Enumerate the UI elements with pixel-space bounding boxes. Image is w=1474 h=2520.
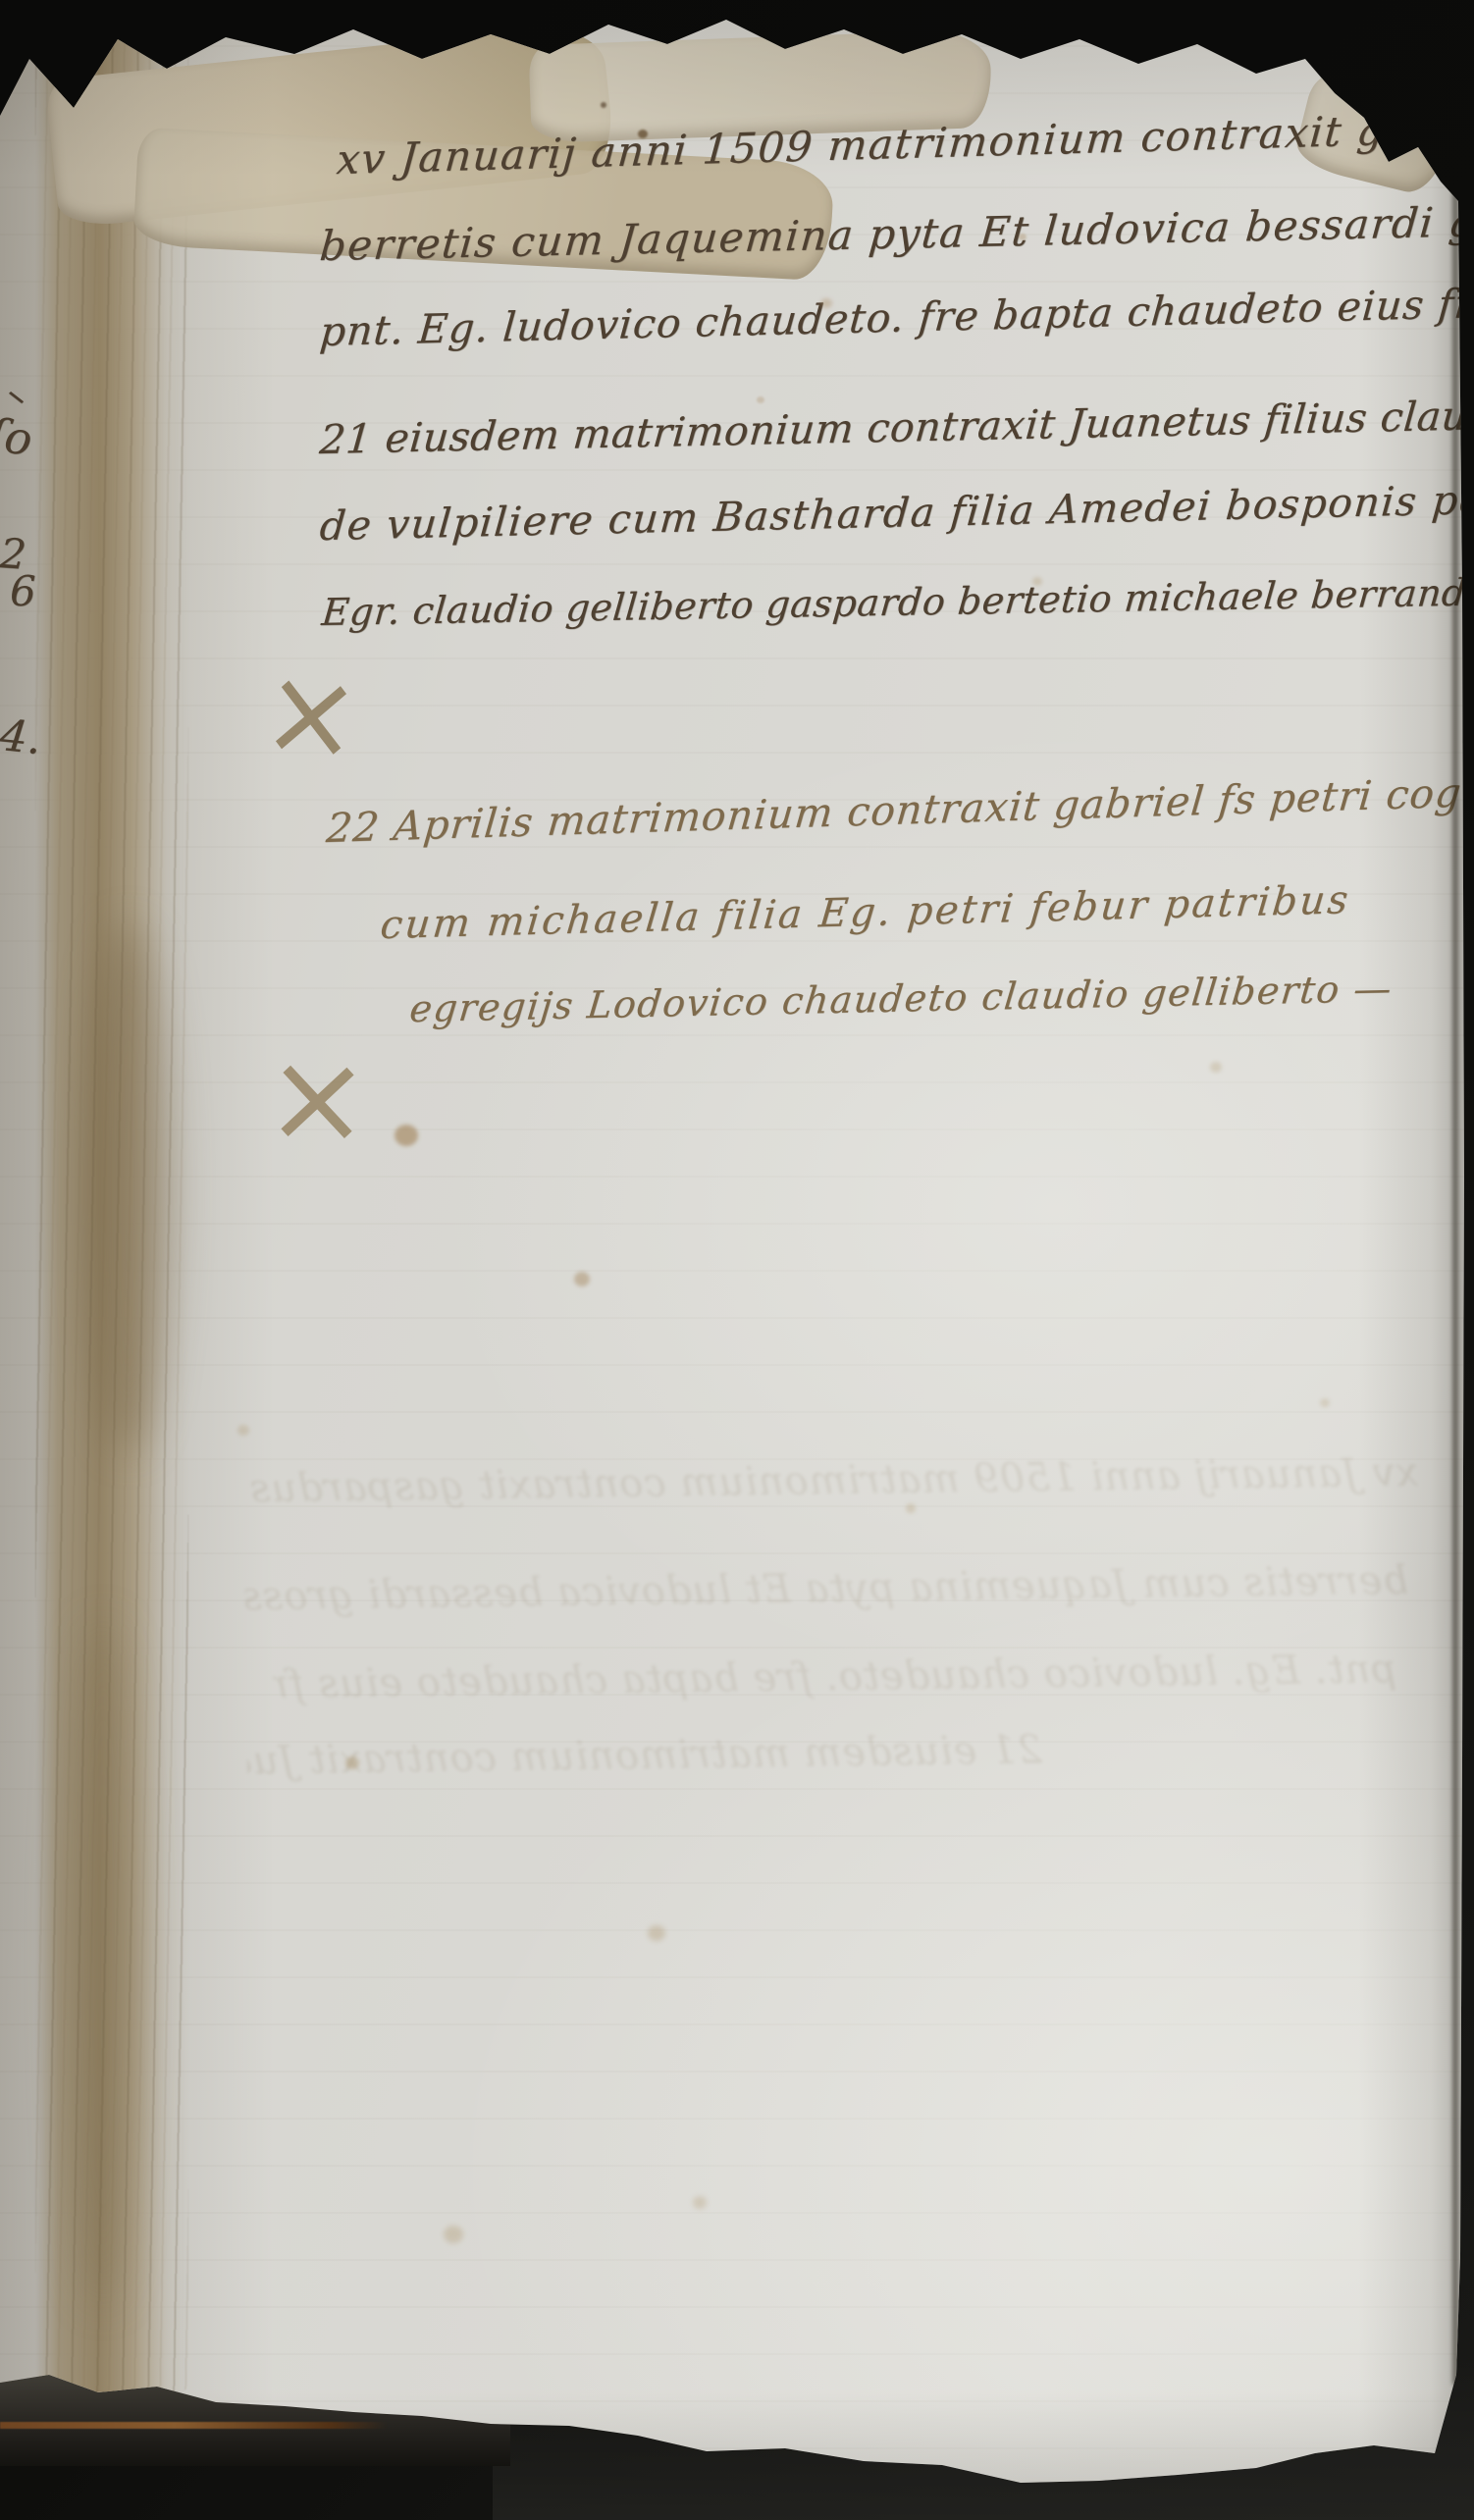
bleedthrough-line: pnt. Eg. ludovico chaudeto. fre bapta ch… [273, 1647, 1397, 1707]
foxing-spot [648, 1925, 665, 1941]
foxing-spot [693, 2196, 707, 2209]
entry1-line6: Egr. claudio gelliberto gaspardo berteti… [320, 570, 1474, 634]
entry1-line4: 21 eiusdem matrimonium contraxit Juanetu… [318, 389, 1474, 463]
entry2-line3: egregijs Lodovico chaudeto claudio gelli… [408, 967, 1395, 1030]
foxing-spot [757, 396, 764, 403]
foxing-spot [906, 1503, 916, 1513]
gutter-shadow [69, 1619, 137, 2306]
x-mark: × [257, 648, 366, 779]
photo-background: xv Januarij anni 1509 matrimonium contra… [0, 0, 1474, 2520]
foxing-spot [444, 2226, 463, 2243]
margin-fragment: 4. [0, 710, 44, 764]
foxing-spot [1210, 1062, 1222, 1073]
foxing-spot [574, 1272, 590, 1286]
margin-fragment: 6 [10, 567, 36, 615]
entry1-line5: de vulpiliere cum Bastharda filia Amedei… [318, 475, 1474, 550]
foxing-spot [395, 1125, 418, 1146]
bleedthrough-line: 21 eiusdem matrimonium contraxit Juanetu… [247, 1727, 1043, 1783]
foxing-spot [237, 1425, 249, 1436]
cover-edge-line [0, 2422, 388, 2429]
gutter-shadow [84, 922, 173, 1452]
vignette [0, 0, 1466, 2520]
entry1-line3: pnt. Eg. ludovico chaudeto. fre bapta ch… [318, 278, 1474, 355]
manuscript-page: xv Januarij anni 1509 matrimonium contra… [0, 0, 1466, 2520]
x-mark: × [263, 1034, 373, 1164]
bleedthrough-line: berretis cum Jaquemina pyta Et ludovica … [245, 1558, 1409, 1620]
page-edge-shadow [1452, 186, 1458, 2385]
margin-fragment: ſo [0, 407, 35, 466]
entry2-line1: 22 Aprilis matrimonium contraxit gabriel… [325, 766, 1474, 852]
bleedthrough-line: xv Januarij anni 1509 matrimonium contra… [250, 1450, 1419, 1512]
foxing-spot [1320, 1398, 1330, 1407]
entry2-line2: cum michaella filia Eg. petri febur patr… [379, 877, 1352, 948]
